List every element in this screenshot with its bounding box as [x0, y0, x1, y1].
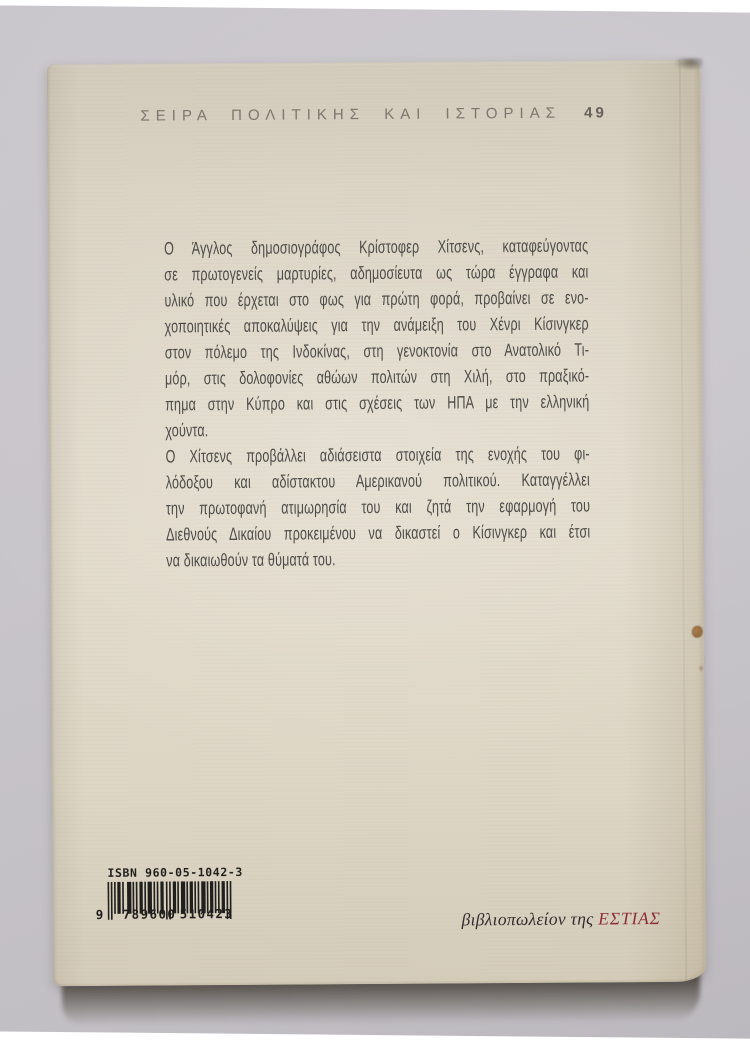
publisher-name: ΕΣΤΙΑΣ [598, 908, 661, 928]
blurb-line: υλικό που έρχεται στο φως για πρώτη φορά… [164, 285, 588, 314]
stain-speck [699, 666, 703, 671]
isbn-block: ISBN 960-05-1042-3 [95, 865, 265, 938]
blurb-line: Ο Άγγλος δημοσιογράφος Κρίστοφερ Χίτσενς… [164, 233, 588, 262]
blurb-line: λόδοξου και αδίστακτου Αμερικανού πολιτι… [166, 467, 590, 496]
publisher-line: βιβλιοπωλείον της ΕΣΤΙΑΣ [461, 908, 660, 930]
blurb-paragraph-1: Ο Άγγλος δημοσιογράφος Κρίστοφερ Χίτσενς… [164, 233, 590, 444]
series-title: ΣΕΙΡΑ ΠΟΛΙΤΙΚΗΣ ΚΑΙ ΙΣΤΟΡΙΑΣ [140, 105, 561, 125]
series-header: ΣΕΙΡΑ ΠΟΛΙΤΙΚΗΣ ΚΑΙ ΙΣΤΟΡΙΑΣ 49 [47, 104, 700, 126]
corner-smudge [663, 58, 703, 74]
photo-frame: ΣΕΙΡΑ ΠΟΛΙΤΙΚΗΣ ΚΑΙ ΙΣΤΟΡΙΑΣ 49 Ο Άγγλος… [0, 0, 750, 1050]
crease-line [679, 60, 687, 982]
series-number: 49 [584, 104, 607, 121]
book-back-cover: ΣΕΙΡΑ ΠΟΛΙΤΙΚΗΣ ΚΑΙ ΙΣΤΟΡΙΑΣ 49 Ο Άγγλος… [47, 60, 706, 987]
blurb-line: στον πόλεμο της Ινδοκίνας, στη γενοκτονί… [165, 337, 589, 366]
publisher-prefix: βιβλιοπωλείον της [461, 908, 593, 929]
blurb: Ο Άγγλος δημοσιογράφος Κρίστοφερ Χίτσενς… [164, 233, 591, 574]
stain-spot [692, 626, 703, 638]
blurb-line: να δικαιωθούν τα θύματά του. [166, 545, 590, 574]
barcode-lead-digit: 9 [96, 907, 104, 922]
barcode-digits-group2: 510423 [180, 906, 234, 921]
blurb-line: χούντα. [165, 415, 589, 444]
blurb-line: σε πρωτογενείς μαρτυρίες, αδημοσίευτα ως… [164, 259, 588, 288]
blurb-line: χοποιητικές αποκαλύψεις για την ανάμειξη… [165, 311, 589, 340]
barcode-digits-group1: 789600 [123, 906, 177, 921]
blurb-line: Διεθνούς Δικαίου προκειμένου να δικαστεί… [166, 519, 590, 548]
blurb-line: πημα στην Κύπρο και στις σχέσεις των ΗΠΑ… [165, 389, 589, 418]
isbn-label: ISBN 960-05-1042-3 [107, 865, 243, 880]
blurb-line: Ο Χίτσενς προβάλλει αδιάσειστα στοιχεία … [165, 441, 589, 470]
blurb-paragraph-2: Ο Χίτσενς προβάλλει αδιάσειστα στοιχεία … [165, 441, 590, 574]
blurb-line: την πρωτοφανή ατιμωρησία του και ζητά τη… [166, 493, 590, 522]
blurb-line: μόρ, στις δολοφονίες αθώων πολιτών στη Χ… [165, 363, 589, 392]
